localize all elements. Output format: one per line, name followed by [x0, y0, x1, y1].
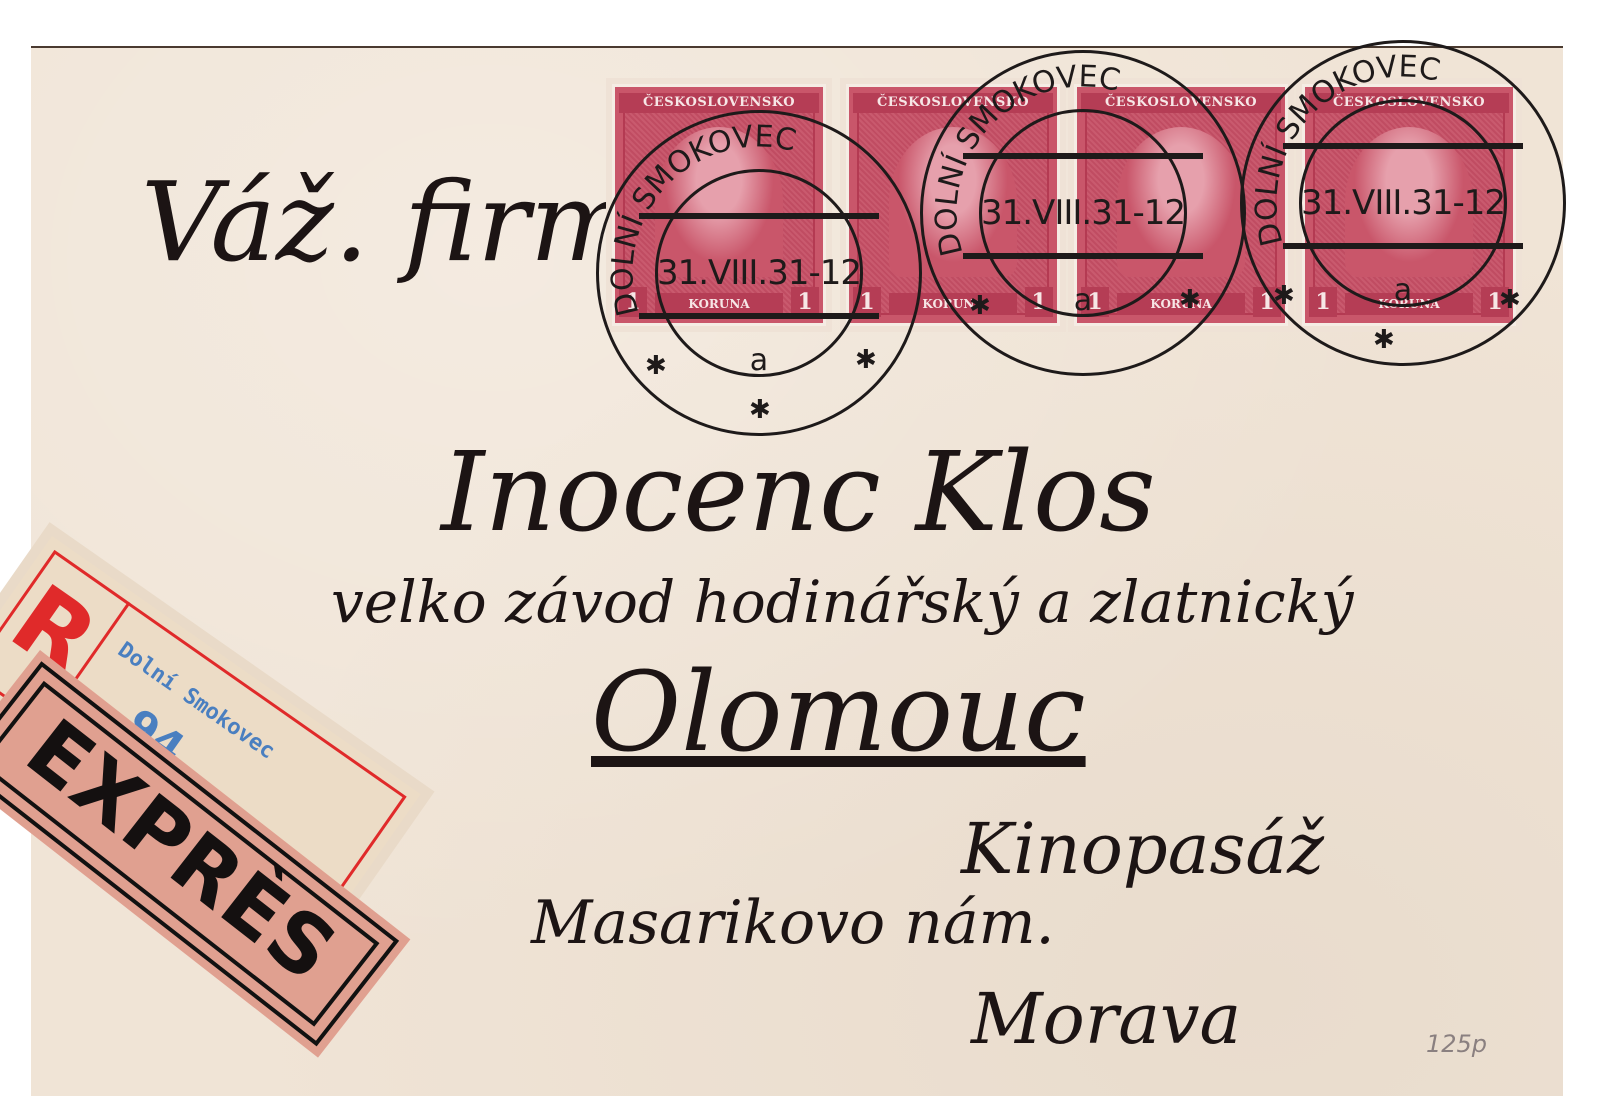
postmark-date: 31.VIII.31-12 — [599, 253, 919, 293]
handwritten-addressee: Inocenc Klos — [441, 428, 1156, 556]
handwritten-street-2: Masarikovo nám. — [531, 888, 1055, 958]
stamp-country: ČESKOSLOVENSKO — [619, 93, 819, 113]
postmark-1: DOLNÍ SMOKOVEC 31.VIII.31-12 a ✱ ✱ ✱ — [596, 110, 922, 436]
postmark-3: DOLNÍ SMOKOVEC 31.VIII.31-12 a ✱ ✱ ✱ — [1240, 40, 1566, 366]
postmark-date: 31.VIII.31-12 — [1243, 183, 1563, 223]
handwritten-business: velko závod hodinářský a zlatnický — [331, 568, 1354, 636]
postmark-2: DOLNÍ SMOKOVEC 31.VIII.31-12 a ✱ ✱ — [920, 50, 1246, 376]
handwritten-city: Olomouc — [591, 648, 1086, 776]
postmark-date: 31.VIII.31-12 — [923, 193, 1243, 233]
handwritten-street-1: Kinopasáž — [961, 808, 1324, 890]
handwritten-region: Morava — [971, 978, 1241, 1060]
pencil-price-note: 125p — [1426, 1030, 1487, 1058]
